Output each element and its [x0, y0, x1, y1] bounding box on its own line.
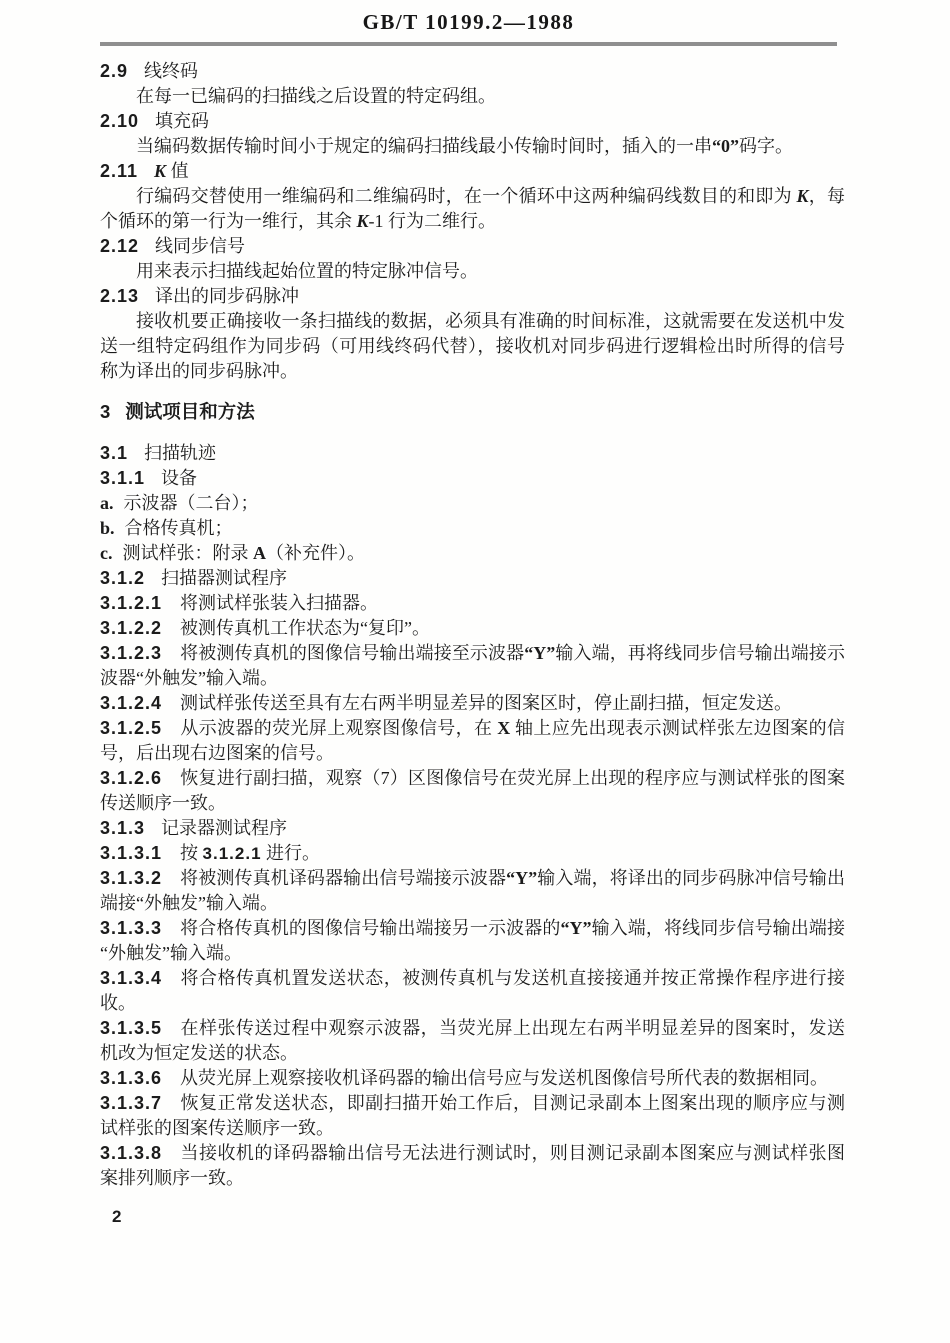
text-run: 从示波器的荧光屏上观察图像信号，在 — [180, 718, 497, 738]
text-run: 行编码交替使用一维编码和二维编码时，在一个循环中这两种编码线数目的和即为 — [136, 186, 797, 206]
clause-paragraph: 3.1.3.3将合格传真机的图像信号输出端接另一示波器的“Y”输入端，将线同步信… — [100, 916, 845, 966]
text-run: “Y” — [506, 868, 537, 888]
clause-number: 3.1.3 — [100, 818, 145, 838]
clause-paragraph: 3.1.3.2将被测传真机译码器输出信号端接示波器“Y”输入端，将译出的同步码脉… — [100, 866, 845, 916]
clause-number: 3.1.2.1 — [100, 593, 162, 613]
clause-number: 3.1.3.1 — [100, 843, 162, 863]
text-run: 测试样张：附录 — [123, 543, 254, 563]
clause-number: 3.1.3.4 — [100, 968, 162, 988]
text-run: 在每一已编码的扫描线之后设置的特定码组。 — [136, 86, 496, 106]
text-run: 扫描器测试程序 — [161, 568, 287, 588]
list-item: b.合格传真机； — [100, 516, 845, 541]
clause-number: 3.1.3.2 — [100, 868, 162, 888]
clause-heading: 2.9线终码 — [100, 59, 845, 84]
text-run: 值 — [166, 161, 189, 181]
list-marker: a. — [100, 493, 114, 513]
clause-number: 2.9 — [100, 61, 128, 81]
text-run: 接收机要正确接收一条扫描线的数据，必须具有准确的时间标准，这就需要在发送机中发送… — [100, 311, 845, 381]
text-run: 进行。 — [262, 843, 321, 863]
text-run: 被测传真机工作状态为“复印”。 — [180, 618, 430, 638]
list-marker: c. — [100, 543, 113, 563]
text-run: “Y” — [560, 918, 591, 938]
clause-paragraph: 3.1.3.7恢复正常发送状态，即副扫描开始工作后，目测记录副本上图案出现的顺序… — [100, 1091, 845, 1141]
text-run: 将合格传真机置发送状态，被测传真机与发送机直接接通并按正常操作程序进行接收。 — [100, 968, 845, 1013]
clause-number: 2.13 — [100, 286, 139, 306]
text-run: “0” — [712, 136, 739, 156]
text-run: 测试项目和方法 — [125, 401, 255, 422]
text-run: 扫描轨迹 — [144, 443, 216, 463]
text-run: 将被测传真机的图像信号输出端接至示波器 — [180, 643, 524, 663]
text-run: 将测试样张装入扫描器。 — [180, 593, 378, 613]
clause-paragraph: 3.1.2.6恢复进行副扫描，观察（7）区图像信号在荧光屏上出现的程序应与测试样… — [100, 766, 845, 816]
clause-paragraph: 3.1.2.4测试样张传送至具有左右两半明显差异的图案区时，停止副扫描，恒定发送… — [100, 691, 845, 716]
paragraph: 用来表示扫描线起始位置的特定脉冲信号。 — [100, 259, 845, 284]
text-run: K — [797, 186, 809, 206]
clause-number: 3.1.2.6 — [100, 768, 162, 788]
text-run: 当编码数据传输时间小于规定的编码扫描线最小传输时间时，插入的一串 — [136, 136, 712, 156]
clause-number: 3.1.3.5 — [100, 1018, 162, 1038]
clause-paragraph: 3.1.3.6从荧光屏上观察接收机译码器的输出信号应与发送机图像信号所代表的数据… — [100, 1066, 845, 1091]
text-run: K — [154, 161, 166, 181]
list-item: c.测试样张：附录 A（补充件）。 — [100, 541, 845, 566]
clause-heading: 2.10填充码 — [100, 109, 845, 134]
text-run: 线同步信号 — [155, 236, 245, 256]
clause-number: 3.1.3.7 — [100, 1093, 162, 1113]
clause-heading: 2.12线同步信号 — [100, 234, 845, 259]
paragraph: 当编码数据传输时间小于规定的编码扫描线最小传输时间时，插入的一串“0”码字。 — [100, 134, 845, 159]
clause-heading: 2.13译出的同步码脉冲 — [100, 284, 845, 309]
clause-heading: 3.1.3记录器测试程序 — [100, 816, 845, 841]
text-run: 从荧光屏上观察接收机译码器的输出信号应与发送机图像信号所代表的数据相同。 — [180, 1068, 828, 1088]
text-run: K — [357, 211, 369, 231]
clause-paragraph: 3.1.2.1将测试样张装入扫描器。 — [100, 591, 845, 616]
clause-paragraph: 3.1.3.4将合格传真机置发送状态，被测传真机与发送机直接接通并按正常操作程序… — [100, 966, 845, 1016]
page: GB/T 10199.2—1988 2.9线终码在每一已编码的扫描线之后设置的特… — [0, 0, 950, 1343]
header-rule — [100, 42, 837, 46]
text-run: 测试样张传送至具有左右两半明显差异的图案区时，停止副扫描，恒定发送。 — [180, 693, 792, 713]
clause-heading: 2.11K 值 — [100, 159, 845, 184]
clause-number: 3.1.2.5 — [100, 718, 162, 738]
text-run: 码字。 — [739, 136, 793, 156]
text-run: 记录器测试程序 — [161, 818, 287, 838]
text-run: 线终码 — [144, 61, 198, 81]
clause-paragraph: 3.1.2.3将被测传真机的图像信号输出端接至示波器“Y”输入端，再将线同步信号… — [100, 641, 845, 691]
clause-number: 2.10 — [100, 111, 139, 131]
clause-paragraph: 3.1.3.5在样张传送过程中观察示波器，当荧光屏上出现左右两半明显差异的图案时… — [100, 1016, 845, 1066]
text-run: 3.1.2.1 — [203, 844, 262, 863]
text-run: 恢复正常发送状态，即副扫描开始工作后，目测记录副本上图案出现的顺序应与测试样张的… — [100, 1093, 845, 1138]
page-header: GB/T 10199.2—1988 — [0, 0, 950, 46]
clause-paragraph: 3.1.3.8当接收机的译码器输出信号无法进行测试时，则目测记录副本图案应与测试… — [100, 1141, 845, 1191]
clause-number: 3.1.3.8 — [100, 1143, 162, 1163]
page-number: 2 — [112, 1207, 950, 1227]
clause-heading: 3.1扫描轨迹 — [100, 441, 845, 466]
text-run: 将被测传真机译码器输出信号端接示波器 — [180, 868, 506, 888]
text-run: A — [253, 543, 266, 563]
clause-paragraph: 3.1.2.5从示波器的荧光屏上观察图像信号，在 X 轴上应先出现表示测试样张左… — [100, 716, 845, 766]
text-run: X — [497, 718, 510, 738]
text-run: 在样张传送过程中观察示波器，当荧光屏上出现左右两半明显差异的图案时，发送机改为恒… — [100, 1018, 845, 1063]
document-body: 2.9线终码在每一已编码的扫描线之后设置的特定码组。2.10填充码当编码数据传输… — [100, 59, 845, 1191]
text-run: 恢复进行副扫描，观察（7）区图像信号在荧光屏上出现的程序应与测试样张的图案传送顺… — [100, 768, 845, 813]
clause-heading: 3.1.1设备 — [100, 466, 845, 491]
clause-number: 3.1.2 — [100, 568, 145, 588]
text-run: “Y” — [524, 643, 555, 663]
text-run: -1 行为二维行。 — [369, 211, 497, 231]
paragraph: 接收机要正确接收一条扫描线的数据，必须具有准确的时间标准，这就需要在发送机中发送… — [100, 309, 845, 384]
clause-number: 2.11 — [100, 161, 138, 181]
clause-number: 3.1.1 — [100, 468, 145, 488]
text-run: 将合格传真机的图像信号输出端接另一示波器的 — [180, 918, 560, 938]
clause-number: 3.1.3.3 — [100, 918, 162, 938]
text-run: 填充码 — [155, 111, 209, 131]
clause-number: 3.1 — [100, 443, 128, 463]
clause-number: 3 — [100, 401, 111, 422]
clause-number: 2.12 — [100, 236, 139, 256]
text-run: （补充件）。 — [266, 543, 365, 563]
standard-number: GB/T 10199.2—1988 — [100, 10, 837, 35]
chapter-heading: 3测试项目和方法 — [100, 399, 845, 424]
text-run: 用来表示扫描线起始位置的特定脉冲信号。 — [136, 261, 478, 281]
clause-paragraph: 3.1.3.1按 3.1.2.1 进行。 — [100, 841, 845, 866]
paragraph: 行编码交替使用一维编码和二维编码时，在一个循环中这两种编码线数目的和即为 K，每… — [100, 184, 845, 234]
text-run: 示波器（二台）； — [124, 493, 259, 513]
clause-heading: 3.1.2扫描器测试程序 — [100, 566, 845, 591]
clause-paragraph: 3.1.2.2被测传真机工作状态为“复印”。 — [100, 616, 845, 641]
clause-number: 3.1.2.2 — [100, 618, 162, 638]
text-run: 按 — [180, 843, 203, 863]
clause-number: 3.1.2.4 — [100, 693, 162, 713]
paragraph: 在每一已编码的扫描线之后设置的特定码组。 — [100, 84, 845, 109]
text-run: 当接收机的译码器输出信号无法进行测试时，则目测记录副本图案应与测试样张图案排列顺… — [100, 1143, 845, 1188]
clause-number: 3.1.3.6 — [100, 1068, 162, 1088]
clause-number: 3.1.2.3 — [100, 643, 162, 663]
list-marker: b. — [100, 518, 115, 538]
list-item: a.示波器（二台）； — [100, 491, 845, 516]
text-run: 合格传真机； — [125, 518, 233, 538]
text-run: 设备 — [161, 468, 197, 488]
text-run: 译出的同步码脉冲 — [155, 286, 299, 306]
